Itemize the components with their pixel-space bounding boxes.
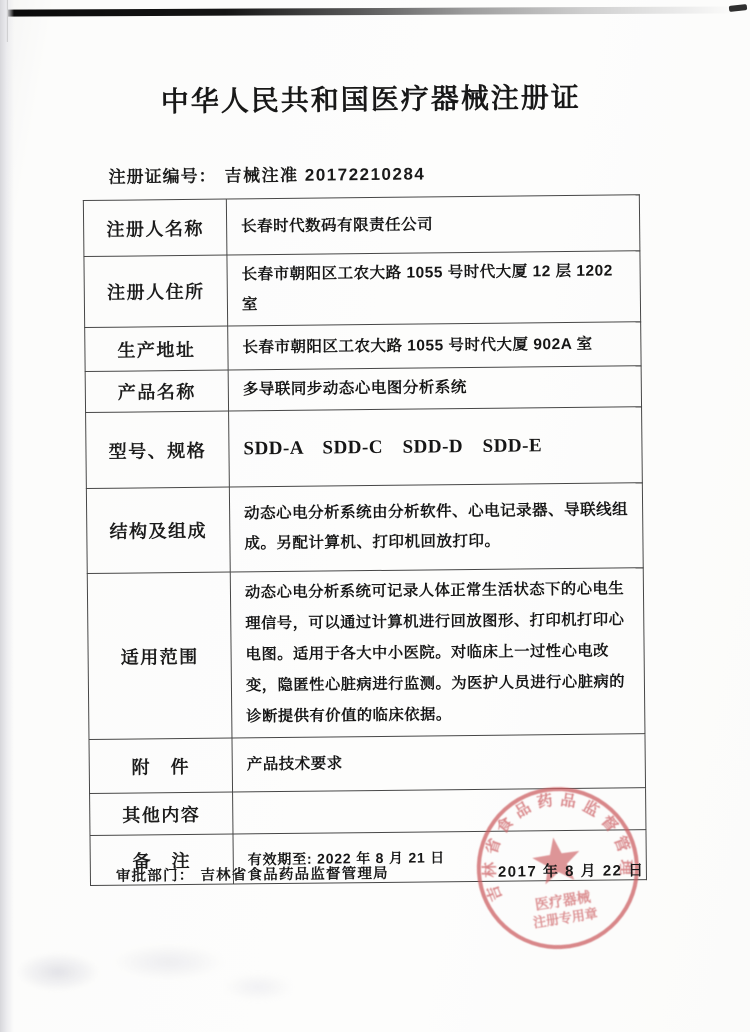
row-label: 注册人名称 bbox=[83, 199, 227, 256]
row-label: 型号、规格 bbox=[86, 411, 230, 488]
row-label: 其他内容 bbox=[90, 792, 233, 835]
row-value: 多导联同步动态心电图分析系统 bbox=[228, 366, 641, 411]
row-value: 动态心电分析系统由分析软件、心电记录器、导联线组成。另配计算机、打印机回放打印。 bbox=[229, 483, 643, 572]
table-row: 产品名称多导联同步动态心电图分析系统 bbox=[85, 366, 641, 413]
table-row: 适用范围动态心电分析系统可记录人体正常生活状态下的心电生理信号，可以通过计算机进… bbox=[87, 568, 645, 740]
row-value: SDD-A SDD-C SDD-D SDD-E bbox=[229, 407, 643, 487]
cert-number-label: 注册证编号： bbox=[109, 167, 217, 187]
approval-department-label: 审批部门： bbox=[116, 868, 195, 885]
row-label: 产品名称 bbox=[85, 370, 228, 412]
table-row: 生产地址长春市朝阳区工农大路 1055 号时代大厦 902A 室 bbox=[85, 322, 641, 372]
approval-department-value: 吉林省食品药品监督管理局 bbox=[200, 866, 389, 884]
row-value: 长春市朝阳区工农大路 1055 号时代大厦 12 层 1202 室 bbox=[227, 251, 641, 326]
row-label: 结构及组成 bbox=[86, 487, 230, 573]
row-label: 生产地址 bbox=[85, 326, 228, 371]
row-value: 长春时代数码有限责任公司 bbox=[226, 195, 640, 255]
table-row: 注册人名称长春时代数码有限责任公司 bbox=[83, 195, 640, 257]
seal-ring-text: 吉林省食品药品监督管理局 bbox=[461, 771, 639, 906]
table-row: 型号、规格SDD-A SDD-C SDD-D SDD-E bbox=[86, 407, 643, 489]
row-label: 注册人住所 bbox=[84, 255, 228, 327]
table-row: 注册人住所长春市朝阳区工农大路 1055 号时代大厦 12 层 1202 室 bbox=[84, 251, 641, 328]
svg-text:吉林省食品药品监督管理局: 吉林省食品药品监督管理局 bbox=[461, 771, 639, 906]
table-row: 结构及组成动态心电分析系统由分析软件、心电记录器、导联线组成。另配计算机、打印机… bbox=[86, 483, 643, 574]
row-label: 适用范围 bbox=[87, 572, 232, 739]
issue-date: 2017 年 8 月 22 日 bbox=[498, 859, 645, 882]
certificate-content: 中华人民共和国医疗器械注册证 注册证编号：吉械注准 20172210284 注册… bbox=[0, 0, 750, 1032]
cert-number-value: 吉械注准 20172210284 bbox=[225, 164, 426, 185]
row-value: 动态心电分析系统可记录人体正常生活状态下的心电生理信号，可以通过计算机进行回放图… bbox=[230, 568, 645, 738]
approval-department-line: 审批部门：吉林省食品药品监督管理局 bbox=[116, 862, 389, 886]
certificate-title: 中华人民共和国医疗器械注册证 bbox=[0, 74, 746, 122]
certificate-page: 中华人民共和国医疗器械注册证 注册证编号：吉械注准 20172210284 注册… bbox=[0, 0, 750, 1032]
row-value: 长春市朝阳区工农大路 1055 号时代大厦 902A 室 bbox=[228, 322, 641, 370]
row-label: 附 件 bbox=[89, 738, 233, 793]
cert-number-line: 注册证编号：吉械注准 20172210284 bbox=[108, 159, 425, 187]
